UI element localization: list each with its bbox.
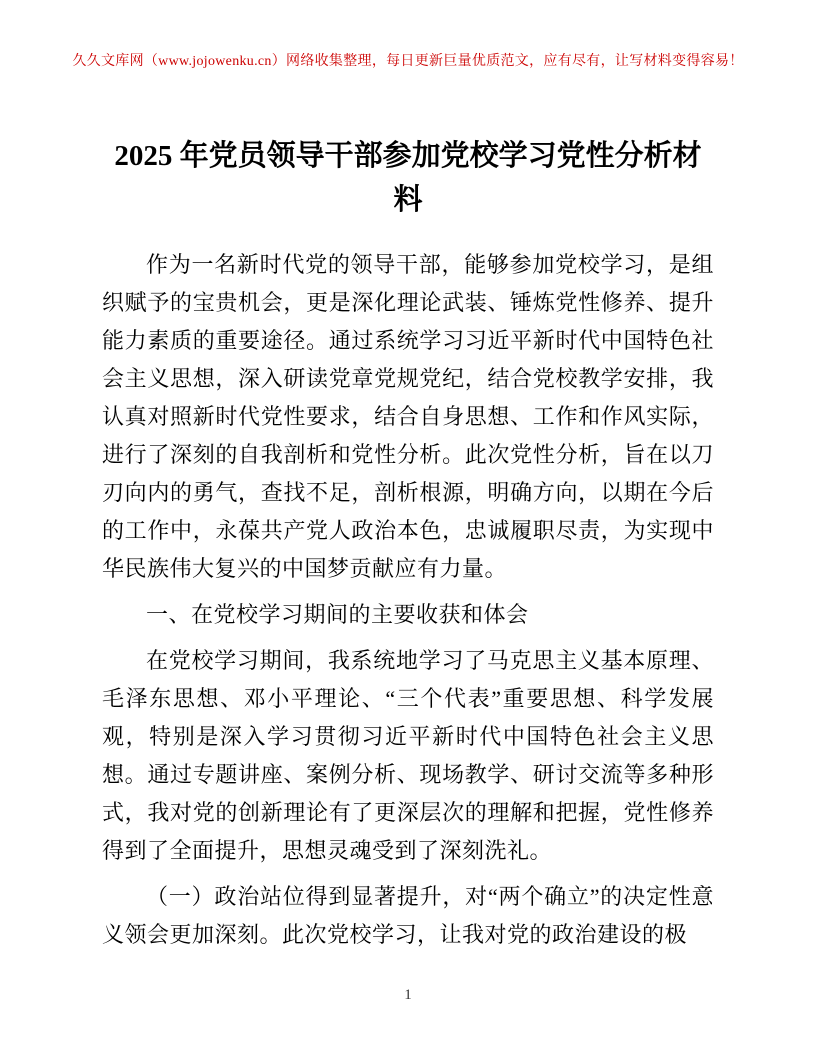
document-page: 久久文库网（www.jojowenku.cn）网络收集整理，每日更新巨量优质范文… — [0, 0, 816, 1056]
paragraph-intro: 作为一名新时代党的领导干部，能够参加党校学习，是组织赋予的宝贵机会，更是深化理论… — [102, 246, 714, 588]
paragraph-study-gains: 在党校学习期间，我系统地学习了马克思主义基本原理、毛泽东思想、邓小平理论、“三个… — [102, 642, 714, 870]
paragraph-political-stance: （一）政治站位得到显著提升，对“两个确立”的决定性意义领会更加深刻。此次党校学习… — [102, 878, 714, 954]
document-body: 作为一名新时代党的领导干部，能够参加党校学习，是组织赋予的宝贵机会，更是深化理论… — [102, 246, 714, 962]
site-watermark-notice: 久久文库网（www.jojowenku.cn）网络收集整理，每日更新巨量优质范文… — [60, 52, 756, 72]
section-heading-1: 一、在党校学习期间的主要收获和体会 — [102, 596, 714, 634]
document-title: 2025 年党员领导干部参加党校学习党性分析材料 — [102, 134, 714, 222]
page-number: 1 — [0, 987, 816, 1004]
